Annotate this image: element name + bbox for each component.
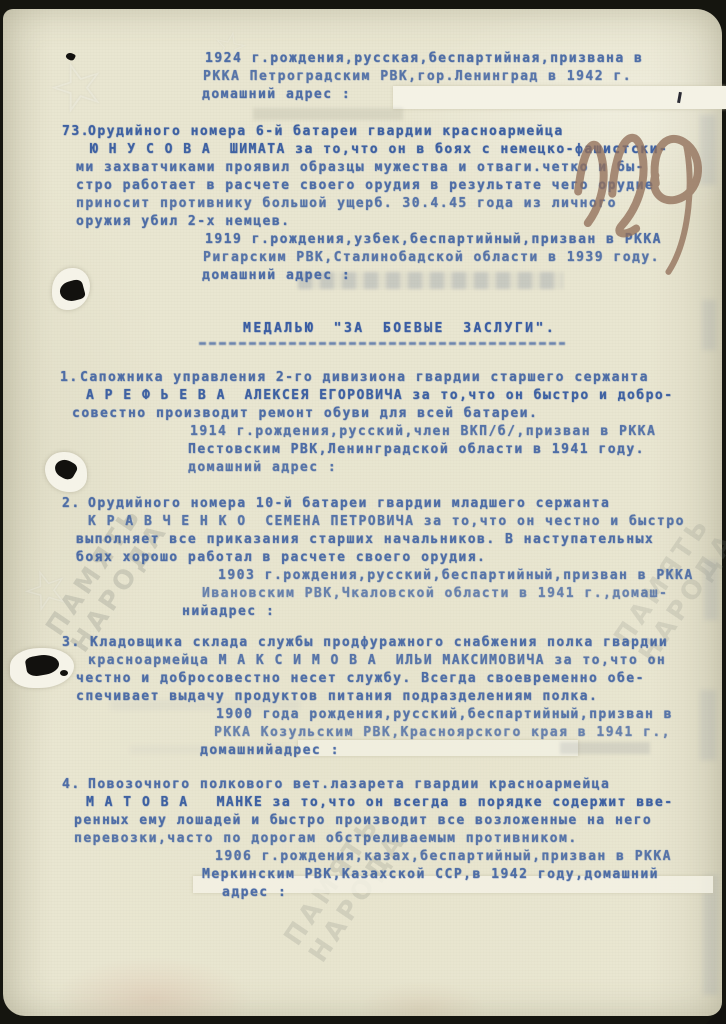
typed-line: домашний адрес :: [202, 267, 351, 285]
entry-number: 1.: [60, 369, 79, 387]
typed-line: перевозки,часто по дорогам обстреливаемы…: [74, 830, 578, 848]
entry-number: 3.: [62, 634, 81, 652]
handwritten-annotation: [555, 84, 726, 292]
typed-line: Сапожника управления 2-го дивизиона гвар…: [80, 369, 649, 387]
typed-line: приносит противнику большой ущерб. 30.4.…: [76, 195, 617, 213]
typed-line: адрес :: [222, 884, 287, 902]
typed-line: Пестовским РВК,Ленинградской области в 1…: [188, 441, 645, 459]
typed-line: домашний адрес :: [202, 86, 351, 104]
typed-line: 1914 г.рождения,русский,член ВКП/б/,приз…: [190, 423, 656, 441]
hole-speck: [60, 670, 68, 676]
typed-line: оружия убил 2-х немцев.: [76, 213, 291, 231]
typed-line: красноармейца М А К С И М О В А ИЛЬИ МАК…: [88, 652, 666, 670]
typed-line: РККА Козульским РВК,Красноярского края в…: [214, 724, 671, 742]
typed-line: М А Т О В А МАНКЕ за то,что он всегда в …: [86, 794, 674, 812]
erased-text-smudge: [253, 108, 403, 120]
typed-line: Орудийного номера 6-й батареи гвардии кр…: [88, 123, 564, 141]
section-title: МЕДАЛЬЮ "ЗА БОЕВЫЕ ЗАСЛУГИ".: [243, 320, 556, 338]
typed-line: РККА Петроградским РВК,гор.Ленинград в 1…: [203, 68, 632, 86]
ink-bleed: [700, 690, 716, 760]
erased-text-smudge: [560, 742, 650, 754]
typed-line: Повозочного полкового вет.лазарета гвард…: [88, 776, 610, 794]
typed-line: честно и добросовестно несет службу. Все…: [76, 670, 645, 688]
entry-number: 2.: [62, 495, 81, 513]
typed-line: домашний адрес :: [188, 459, 337, 477]
ink-bleed: [703, 875, 718, 995]
typed-line: нийадрес :: [182, 603, 275, 621]
title-underline: [199, 342, 565, 345]
typed-line: Ивановским РВК,Чкаловской области в 1941…: [202, 585, 668, 603]
typed-line: выполняет все приказания старших начальн…: [76, 531, 654, 549]
redaction-patch: [298, 740, 578, 756]
typed-line: боях хорошо работал в расчете своего ору…: [76, 549, 486, 567]
typed-line: Орудийного номера 10-й батареи гвардии м…: [88, 495, 610, 513]
ink-bleed: [704, 560, 718, 620]
typed-line: К Р А В Ч Е Н К О СЕМЕНА ПЕТРОВИЧА за то…: [88, 513, 685, 531]
typed-line: 1924 г.рождения,русская,беспартийная,при…: [205, 50, 643, 68]
typed-line: 1900 года рождения,русский,беспартийный,…: [216, 706, 673, 724]
document-scan: { "page": { "type_color": "#3e61a2", "pa…: [0, 0, 726, 1024]
typed-line: ренных ему лошадей и быстро производит в…: [74, 812, 652, 830]
typed-line: Кладовщика склада службы продфуражного с…: [90, 634, 668, 652]
entry-number: 4.: [62, 776, 81, 794]
typed-line: 1906 г.рождения,казах,беспартийный,призв…: [215, 848, 672, 866]
typed-line: совестно производит ремонт обуви для все…: [72, 405, 538, 423]
typed-line: А Р Е Ф Ь Е В А АЛЕКСЕЯ ЕГОРОВИЧА за то,…: [86, 387, 674, 405]
typed-line: спечивает выдачу продуктов питания подра…: [76, 688, 598, 706]
ink-bleed: [702, 300, 716, 350]
typed-line: Меркинским РВК,Казахской ССР,в 1942 году…: [202, 866, 659, 884]
typed-line: домашнийадрес :: [200, 742, 340, 760]
typed-line: 1903 г.рождения,русский,беспартийный,при…: [218, 567, 694, 585]
entry-number: 73.: [62, 123, 90, 141]
